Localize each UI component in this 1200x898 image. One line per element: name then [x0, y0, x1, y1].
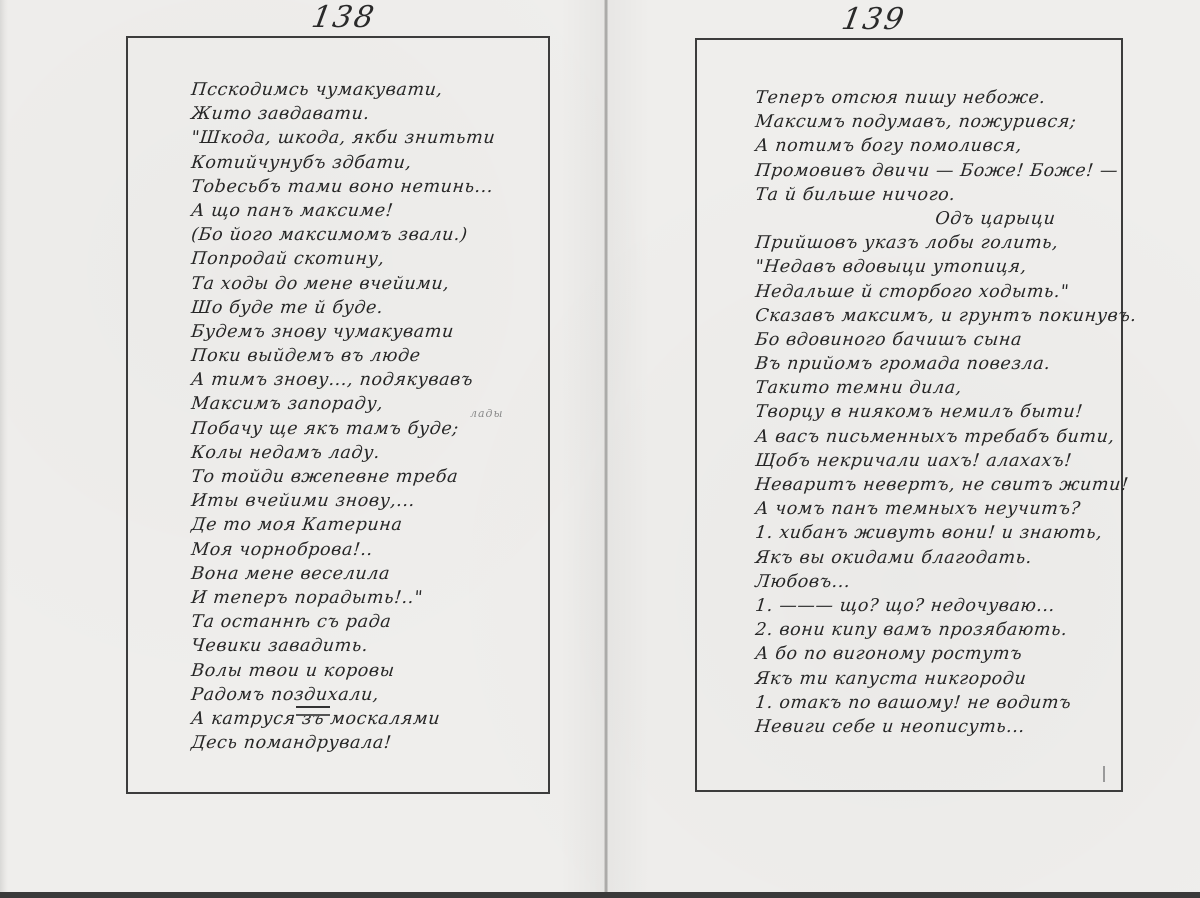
manuscript-line: Побачу ще якъ тамъ буде; — [190, 417, 496, 441]
manuscript-line: Котийчунубъ здбати, — [190, 151, 496, 175]
manuscript-line: Недальше й сторбого ходыть." — [754, 280, 1138, 304]
book-gutter — [604, 0, 608, 892]
manuscript-line: Максимъ запораду, — [190, 392, 496, 416]
left-page-margin-note: лады — [470, 407, 504, 420]
manuscript-line: Максимъ подумавъ, пожурився; — [754, 110, 1138, 134]
manuscript-line: Невиги себе и неописуть... — [754, 715, 1138, 739]
manuscript-line: Будемъ знову чумакувати — [190, 320, 496, 344]
manuscript-line: Попродай скотину, — [190, 247, 496, 271]
manuscript-line: А катруся зъ москалями — [190, 707, 496, 731]
right-page-text: Теперъ отсюя пишу небоже.Максимъ подумав… — [754, 86, 1135, 739]
manuscript-line: 1. отакъ по вашому! не водитъ — [754, 691, 1138, 715]
left-page-number: 138 — [309, 0, 378, 35]
manuscript-line: Бо вдовиного бачишъ сына — [754, 328, 1138, 352]
manuscript-line: Промовивъ двичи — Боже! Боже! — — [754, 159, 1138, 183]
manuscript-line: Волы твои и коровы — [190, 659, 496, 683]
section-heading: Одъ царыци — [754, 207, 1138, 231]
manuscript-line: Якъ ти капуста никгороди — [754, 667, 1138, 691]
manuscript-line: "Недавъ вдовыци утопиця, — [754, 255, 1138, 279]
manuscript-line: Прийшовъ указъ лобы голить, — [754, 231, 1138, 255]
manuscript-line: И теперъ порадыть!.." — [190, 586, 496, 610]
manuscript-line: То тойди вжепевне треба — [190, 465, 496, 489]
left-page-text: Псскодимсь чумакувати,Жито завдавати."Шк… — [190, 78, 494, 755]
manuscript-line: Псскодимсь чумакувати, — [190, 78, 496, 102]
scan-bottom-edge — [0, 892, 1200, 898]
manuscript-line: Та останнѣ съ рада — [190, 610, 496, 634]
manuscript-line: Шо буде те й буде. — [190, 296, 496, 320]
manuscript-line: А тимъ знову..., подякувавъ — [190, 368, 496, 392]
manuscript-line: 2. вони кипу вамъ прозябають. — [754, 618, 1138, 642]
right-page-number: 139 — [839, 2, 908, 37]
manuscript-line: А васъ письменныхъ требабъ бити, — [754, 425, 1138, 449]
manuscript-line: Неваритъ невертъ, не свитъ жити! — [754, 473, 1138, 497]
manuscript-line: Въ прийомъ громада повезла. — [754, 352, 1138, 376]
manuscript-line: Де то моя Катерина — [190, 513, 496, 537]
right-page-pencil-tick — [1103, 766, 1105, 782]
manuscript-line: Сказавъ максимъ, и грунтъ покинувъ. — [754, 304, 1138, 328]
manuscript-line: Та й бильше ничого. — [754, 183, 1138, 207]
manuscript-line: Радомъ поздихали, — [190, 683, 496, 707]
manuscript-spread: 138 Псскодимсь чумакувати,Жито завдавати… — [0, 0, 1200, 898]
manuscript-line: Творцу в ниякомъ немилъ быти! — [754, 400, 1138, 424]
manuscript-line: Якъ вы окидами благодать. — [754, 546, 1138, 570]
manuscript-line: Колы недамъ ладу. — [190, 441, 496, 465]
book-left-edge — [0, 0, 8, 898]
manuscript-line: Тоbесьбъ тами воно нетинь... — [190, 175, 496, 199]
manuscript-line: Поки выйдемъ въ люде — [190, 344, 496, 368]
manuscript-line: А потимъ богу помолився, — [754, 134, 1138, 158]
manuscript-line: 1. хибанъ живуть вони! и знають, — [754, 521, 1138, 545]
manuscript-line: Жито завдавати. — [190, 102, 496, 126]
manuscript-line: (Бо його максимомъ звали.) — [190, 223, 496, 247]
manuscript-line: Щобъ некричали иахъ! алахахъ! — [754, 449, 1138, 473]
manuscript-line: Моя чорноброва!.. — [190, 538, 496, 562]
manuscript-line: Чевики завадить. — [190, 634, 496, 658]
manuscript-line: Десь помандрувала! — [190, 731, 496, 755]
manuscript-line: 1. ——— що? що? недочуваю... — [754, 594, 1138, 618]
manuscript-line: А що панъ максиме! — [190, 199, 496, 223]
manuscript-line: "Шкода, шкода, якби знитьти — [190, 126, 496, 150]
manuscript-line: А бо по вигоному ростутъ — [754, 642, 1138, 666]
manuscript-line: Такито темни дила, — [754, 376, 1138, 400]
manuscript-line: Та ходы до мене вчейими, — [190, 272, 496, 296]
manuscript-line: Вона мене веселила — [190, 562, 496, 586]
left-page-end-mark — [296, 706, 330, 716]
manuscript-line: Теперъ отсюя пишу небоже. — [754, 86, 1138, 110]
manuscript-line: А чомъ панъ темныхъ неучитъ? — [754, 497, 1138, 521]
manuscript-line: Любовъ... — [754, 570, 1138, 594]
manuscript-line: Иты вчейими знову,... — [190, 489, 496, 513]
